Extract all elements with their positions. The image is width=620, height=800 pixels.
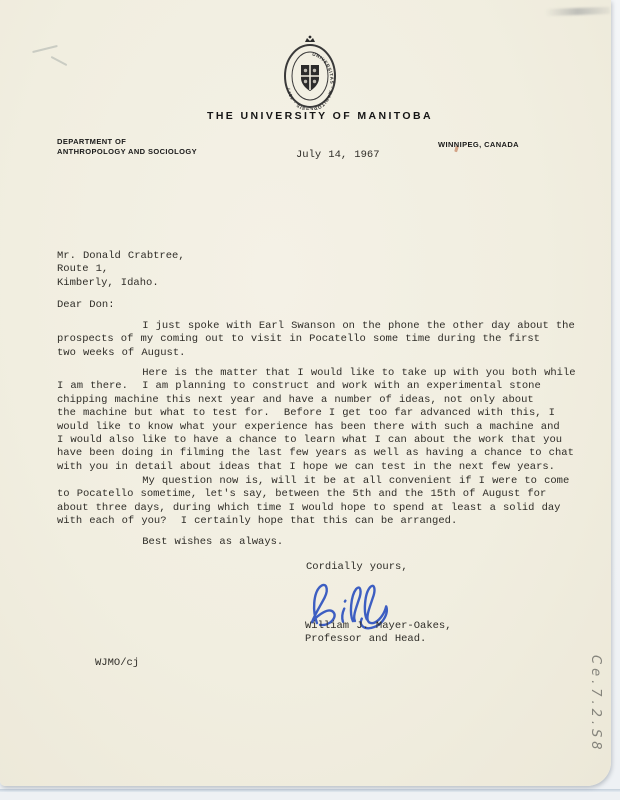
pencil-smudge (545, 7, 610, 16)
closing-line: Best wishes as always. (57, 536, 283, 549)
scan-background: UNIVERSITAS · MANITOBENSIS · 1877 THE UN… (0, 0, 620, 800)
staple-mark (32, 45, 58, 53)
paper-bottom-edge (0, 789, 620, 792)
staple-mark (51, 56, 68, 66)
department-line2: ANTHROPOLOGY AND SOCIOLOGY (57, 147, 197, 157)
letter-date: July 14, 1967 (296, 149, 380, 162)
archival-code: Ce.7.2.S8 (588, 655, 603, 754)
body-paragraph-1: I just spoke with Earl Swanson on the ph… (57, 320, 575, 360)
letterhead-location: WINNIPEG, CANADA (438, 140, 519, 149)
body-paragraph-3: My question now is, will it be at all co… (57, 475, 569, 529)
salutation: Dear Don: (57, 299, 115, 312)
department-line1: DEPARTMENT OF (57, 137, 197, 147)
university-crest-icon: UNIVERSITAS · MANITOBENSIS · 1877 (272, 34, 348, 110)
letter-page: UNIVERSITAS · MANITOBENSIS · 1877 THE UN… (0, 0, 611, 786)
department-name: DEPARTMENT OF ANTHROPOLOGY AND SOCIOLOGY (57, 137, 197, 156)
sender-name-title: William J. Mayer-Oakes, Professor and He… (305, 620, 452, 647)
body-paragraph-2: Here is the matter that I would like to … (57, 367, 576, 474)
typist-initials: WJMO/cj (95, 657, 139, 670)
university-name: THE UNIVERSITY OF MANITOBA (0, 110, 620, 122)
recipient-address: Mr. Donald Crabtree, Route 1, Kimberly, … (57, 250, 185, 290)
